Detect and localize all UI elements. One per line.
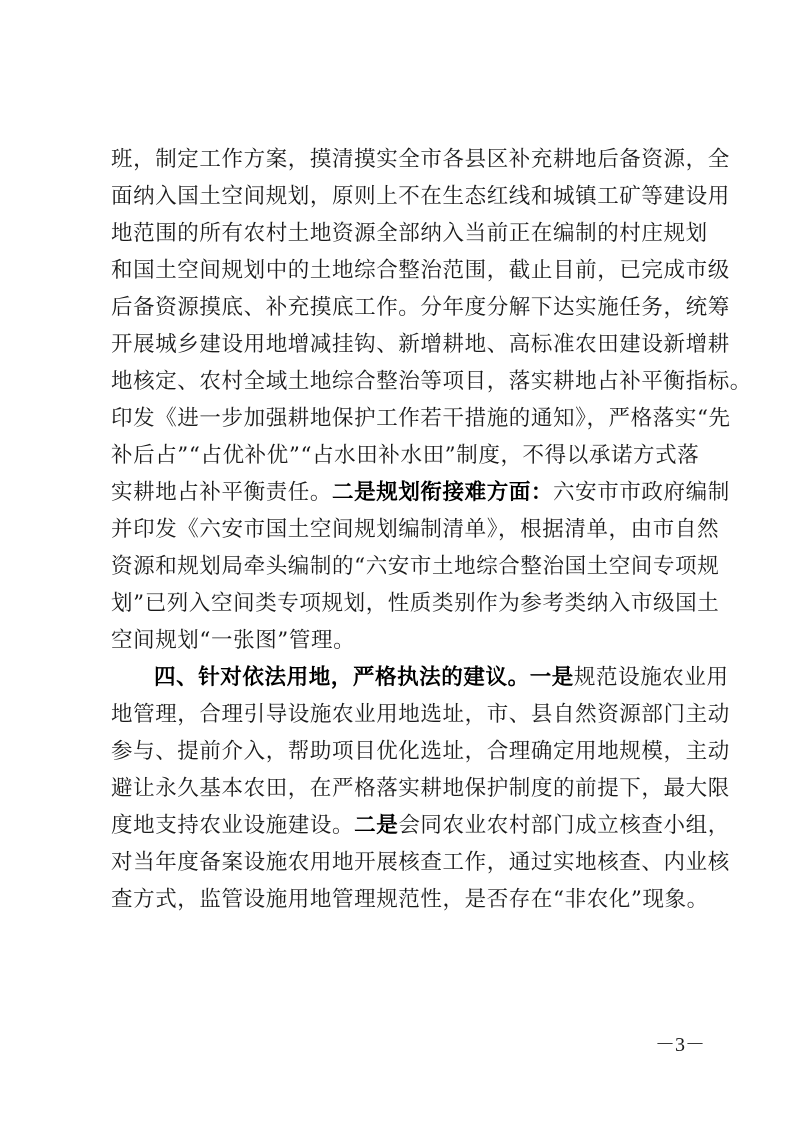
text-segment: 查方式，监管设施用地管理规范性，是否存在“非农化”现象。: [111, 887, 709, 912]
text-line: 地范围的所有农村土地资源全部纳入当前正在编制的村庄规划: [111, 215, 699, 252]
text-segment: 和国土空间规划中的土地综合整治范围，截止目前，已完成市级: [111, 258, 730, 283]
text-line: 资源和规划局牵头编制的“六安市土地综合整治国土空间专项规: [111, 548, 699, 585]
text-segment: 资源和规划局牵头编制的“六安市土地综合整治国土空间专项规: [111, 554, 719, 579]
text-segment: 开展城乡建设用地增减挂钩、新增耕地、高标准农田建设新增耕: [111, 332, 730, 357]
text-segment: 六安市市政府编制: [553, 480, 730, 505]
text-segment: 空间规划“一张图”管理。: [111, 628, 355, 653]
bold-text-segment: 四、针对依法用地，严格执法的建议。: [154, 665, 530, 690]
text-segment: 印发《进一步加强耕地保护工作若干措施的通知》，严格落实“先: [111, 406, 731, 431]
bold-text-segment: 一是: [530, 665, 574, 690]
text-segment: 规范设施农业用: [574, 665, 729, 690]
text-segment: 地范围的所有农村土地资源全部纳入当前正在编制的村庄规划: [111, 221, 708, 246]
text-line: 印发《进一步加强耕地保护工作若干措施的通知》，严格落实“先: [111, 400, 699, 437]
text-segment: 地核定、农村全域土地综合整治等项目，落实耕地占补平衡指标。: [111, 369, 752, 394]
text-segment: 参与、提前介入，帮助项目优化选址，合理确定用地规模，主动: [111, 739, 730, 764]
text-line: 后备资源摸底、补充摸底工作。分年度分解下达实施任务，统筹: [111, 289, 699, 326]
body-text: 班，制定工作方案，摸清摸实全市各县区补充耕地后备资源，全面纳入国土空间规划，原则…: [111, 141, 699, 918]
text-line: 补后占”“占优补优”“占水田补水田”制度，不得以承诺方式落: [111, 437, 699, 474]
text-line: 地核定、农村全域土地综合整治等项目，落实耕地占补平衡指标。: [111, 363, 699, 400]
text-segment: 地管理，合理引导设施农业用地选址，市、县自然资源部门主动: [111, 702, 730, 727]
text-segment: 度地支持农业设施建设。: [111, 813, 354, 838]
text-line: 和国土空间规划中的土地综合整治范围，截止目前，已完成市级: [111, 252, 699, 289]
text-segment: 会同农业农村部门成立核查小组，: [398, 813, 730, 838]
document-page: 班，制定工作方案，摸清摸实全市各县区补充耕地后备资源，全面纳入国土空间规划，原则…: [0, 0, 793, 1122]
text-line: 开展城乡建设用地增减挂钩、新增耕地、高标准农田建设新增耕: [111, 326, 699, 363]
text-segment: 划”已列入空间类专项规划，性质类别作为参考类纳入市级国土: [111, 591, 719, 616]
text-line: 查方式，监管设施用地管理规范性，是否存在“非农化”现象。: [111, 881, 699, 918]
text-line: 避让永久基本农田，在严格落实耕地保护制度的前提下，最大限: [111, 770, 699, 807]
text-segment: 实耕地占补平衡责任。: [111, 480, 332, 505]
text-line: 空间规划“一张图”管理。: [111, 622, 699, 659]
text-segment: 班，制定工作方案，摸清摸实全市各县区补充耕地后备资源，全: [111, 147, 730, 172]
text-segment: 避让永久基本农田，在严格落实耕地保护制度的前提下，最大限: [111, 776, 730, 801]
text-line: 四、针对依法用地，严格执法的建议。一是规范设施农业用: [111, 659, 699, 696]
text-line: 参与、提前介入，帮助项目优化选址，合理确定用地规模，主动: [111, 733, 699, 770]
text-segment: 对当年度备案设施农用地开展核查工作，通过实地核查、内业核: [111, 850, 730, 875]
text-line: 地管理，合理引导设施农业用地选址，市、县自然资源部门主动: [111, 696, 699, 733]
text-segment: 并印发《六安市国土空间规划编制清单》，根据清单，由市自然: [111, 517, 719, 542]
page-number: －3－: [655, 1028, 705, 1057]
text-line: 度地支持农业设施建设。二是会同农业农村部门成立核查小组，: [111, 807, 699, 844]
text-line: 实耕地占补平衡责任。二是规划衔接难方面：六安市市政府编制: [111, 474, 699, 511]
text-line: 面纳入国土空间规划，原则上不在生态红线和城镇工矿等建设用: [111, 178, 699, 215]
text-segment: 后备资源摸底、补充摸底工作。分年度分解下达实施任务，统筹: [111, 295, 730, 320]
bold-text-segment: 二是规划衔接难方面：: [332, 480, 553, 505]
bold-text-segment: 二是: [354, 813, 398, 838]
text-segment: 补后占”“占优补优”“占水田补水田”制度，不得以承诺方式落: [111, 443, 699, 468]
text-line: 划”已列入空间类专项规划，性质类别作为参考类纳入市级国土: [111, 585, 699, 622]
text-segment: 面纳入国土空间规划，原则上不在生态红线和城镇工矿等建设用: [111, 184, 730, 209]
text-line: 班，制定工作方案，摸清摸实全市各县区补充耕地后备资源，全: [111, 141, 699, 178]
text-line: 对当年度备案设施农用地开展核查工作，通过实地核查、内业核: [111, 844, 699, 881]
text-line: 并印发《六安市国土空间规划编制清单》，根据清单，由市自然: [111, 511, 699, 548]
